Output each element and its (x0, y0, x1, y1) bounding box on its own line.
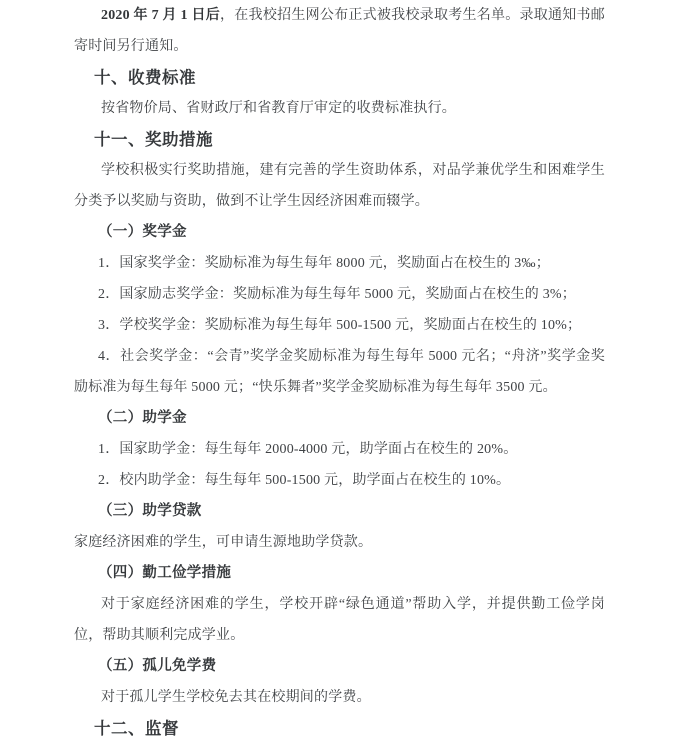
scholarship-item-national: 1．国家奖学金：奖励标准为每生每年 8000 元，奖励面占在校生的 3‰； (74, 248, 605, 279)
work-study-paragraph: 对于家庭经济困难的学生，学校开辟“绿色通道”帮助入学，并提供勤工俭学岗位，帮助其… (74, 589, 605, 651)
loan-paragraph: 家庭经济困难的学生，可申请生源地助学贷款。 (74, 527, 605, 558)
heading-loan: （三）助学贷款 (74, 496, 605, 527)
document-page: 2020 年 7 月 1 日后，在我校招生网公布正式被我校录取考生名单。录取通知… (0, 0, 680, 739)
heading-grant: （二）助学金 (74, 403, 605, 434)
heading-scholarship: （一）奖学金 (74, 217, 605, 248)
heading-orphan-waiver: （五）孤儿免学费 (74, 651, 605, 682)
scholarship-item-social: 4．社会奖学金：“会青”奖学金奖励标准为每生每年 5000 元名；“舟济”奖学金… (74, 341, 605, 403)
grant-item-school: 2．校内助学金：每生每年 500-1500 元，助学面占在校生的 10%。 (74, 465, 605, 496)
heading-work-study: （四）勤工俭学措施 (74, 558, 605, 589)
intro-paragraph: 2020 年 7 月 1 日后，在我校招生网公布正式被我校录取考生名单。录取通知… (74, 0, 605, 62)
scholarship-item-school: 3．学校奖学金：奖励标准为每生每年 500-1500 元，奖励面占在校生的 10… (74, 310, 605, 341)
fee-standard-paragraph: 按省物价局、省财政厅和省教育厅审定的收费标准执行。 (74, 93, 605, 124)
scholarship-item-inspiration: 2．国家励志奖学金：奖励标准为每生每年 5000 元，奖励面占在校生的 3%； (74, 279, 605, 310)
orphan-waiver-paragraph: 对于孤儿学生学校免去其在校期间的学费。 (74, 682, 605, 713)
aid-intro-paragraph: 学校积极实行奖助措施，建有完善的学生资助体系，对品学兼优学生和困难学生分类予以奖… (74, 155, 605, 217)
heading-aid-measures: 十一、奖助措施 (74, 124, 605, 155)
heading-supervision: 十二、监督 (74, 713, 605, 739)
document-body: 2020 年 7 月 1 日后，在我校招生网公布正式被我校录取考生名单。录取通知… (74, 0, 605, 739)
intro-date-bold: 2020 年 7 月 1 日后 (101, 8, 220, 23)
grant-item-national: 1．国家助学金：每生每年 2000-4000 元，助学面占在校生的 20%。 (74, 434, 605, 465)
heading-fee-standard: 十、收费标准 (74, 62, 605, 93)
